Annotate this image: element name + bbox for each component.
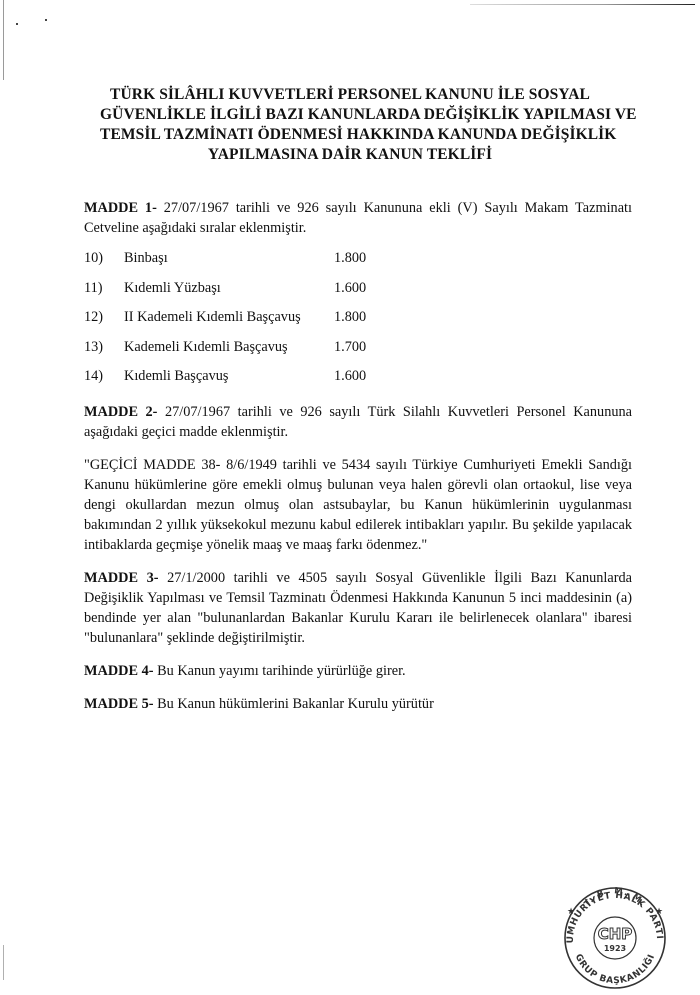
svg-text:GRUP BAŞKANLIĞI: GRUP BAŞKANLIĞI [573, 953, 658, 987]
table-row: 13) Kademeli Kıdemli Başçavuş 1.700 [84, 337, 632, 367]
article-text: "GEÇİCİ MADDE 38- 8/6/1949 tarihli ve 54… [84, 457, 632, 553]
article-text: 27/1/2000 tarihli ve 4505 sayılı Sosyal … [84, 570, 632, 646]
article-text: 27/07/1967 tarihli ve 926 sayılı Türk Si… [84, 404, 632, 440]
rank-value: 1.600 [334, 366, 414, 386]
temporary-article-38: "GEÇİCİ MADDE 38- 8/6/1949 tarihli ve 54… [84, 455, 632, 555]
rank-name: Kıdemli Başçavuş [124, 366, 334, 386]
rank-value: 1.800 [334, 307, 414, 327]
rank-number: 10) [84, 248, 124, 268]
rank-table: 10) Binbaşı 1.800 11) Kıdemli Yüzbaşı 1.… [84, 248, 632, 396]
rank-value: 1.600 [334, 278, 414, 298]
article-1: MADDE 1- 27/07/1967 tarihli ve 926 sayıl… [84, 198, 632, 238]
article-2: MADDE 2- 27/07/1967 tarihli ve 926 sayıl… [84, 402, 632, 442]
table-row: 11) Kıdemli Yüzbaşı 1.600 [84, 278, 632, 308]
article-label: MADDE 4- [84, 663, 154, 679]
stamp-logo: CHP [598, 925, 633, 943]
rank-number: 12) [84, 307, 124, 327]
star-icon: ★ [567, 906, 575, 916]
scan-speck [16, 23, 18, 25]
title-line: GÜVENLİKLE İLGİLİ BAZI KANUNLARDA DEĞİŞİ… [100, 105, 600, 125]
scan-edge [3, 0, 4, 80]
rank-name: Kademeli Kıdemli Başçavuş [124, 337, 334, 357]
article-4: MADDE 4- Bu Kanun yayımı tarihinde yürür… [84, 661, 632, 681]
title-line: TÜRK SİLÂHLI KUVVETLERİ PERSONEL KANUNU … [100, 85, 600, 105]
article-label: MADDE 1- [84, 200, 157, 216]
table-row: 12) II Kademeli Kıdemli Başçavuş 1.800 [84, 307, 632, 337]
scan-speck [45, 19, 47, 21]
document-body: MADDE 1- 27/07/1967 tarihli ve 926 sayıl… [84, 198, 632, 727]
stamp-seal-icon: T. B. M. M. CUMHURİYET HALK PARTİSİ GRUP… [545, 878, 685, 990]
scan-edge [3, 945, 4, 980]
rank-name: Kıdemli Yüzbaşı [124, 278, 334, 298]
rank-number: 11) [84, 278, 124, 298]
article-label: MADDE 2- [84, 404, 157, 420]
article-label: MADDE 5- [84, 696, 154, 712]
rank-number: 13) [84, 337, 124, 357]
article-text: Bu Kanun hükümlerini Bakanlar Kurulu yür… [154, 696, 434, 712]
table-row: 14) Kıdemli Başçavuş 1.600 [84, 366, 632, 396]
rank-name: II Kademeli Kıdemli Başçavuş [124, 307, 334, 327]
article-text: 27/07/1967 tarihli ve 926 sayılı Kanunun… [84, 200, 632, 236]
party-group-stamp: T. B. M. M. CUMHURİYET HALK PARTİSİ GRUP… [545, 878, 685, 990]
rank-number: 14) [84, 366, 124, 386]
table-row: 10) Binbaşı 1.800 [84, 248, 632, 278]
stamp-year: 1923 [604, 944, 626, 953]
stamp-bottom-text: GRUP BAŞKANLIĞI [573, 953, 658, 987]
article-3: MADDE 3- 27/1/2000 tarihli ve 4505 sayıl… [84, 568, 632, 648]
rank-value: 1.700 [334, 337, 414, 357]
star-icon: ★ [655, 906, 663, 916]
scan-edge [470, 4, 695, 5]
title-line: TEMSİL TAZMİNATI ÖDENMESİ HAKKINDA KANUN… [100, 125, 600, 145]
rank-name: Binbaşı [124, 248, 334, 268]
document-title: TÜRK SİLÂHLI KUVVETLERİ PERSONEL KANUNU … [100, 85, 600, 165]
article-5: MADDE 5- Bu Kanun hükümlerini Bakanlar K… [84, 694, 632, 714]
title-line: YAPILMASINA DAİR KANUN TEKLİFİ [100, 145, 600, 165]
article-label: MADDE 3- [84, 570, 159, 586]
rank-value: 1.800 [334, 248, 414, 268]
article-text: Bu Kanun yayımı tarihinde yürürlüğe gire… [154, 663, 406, 679]
